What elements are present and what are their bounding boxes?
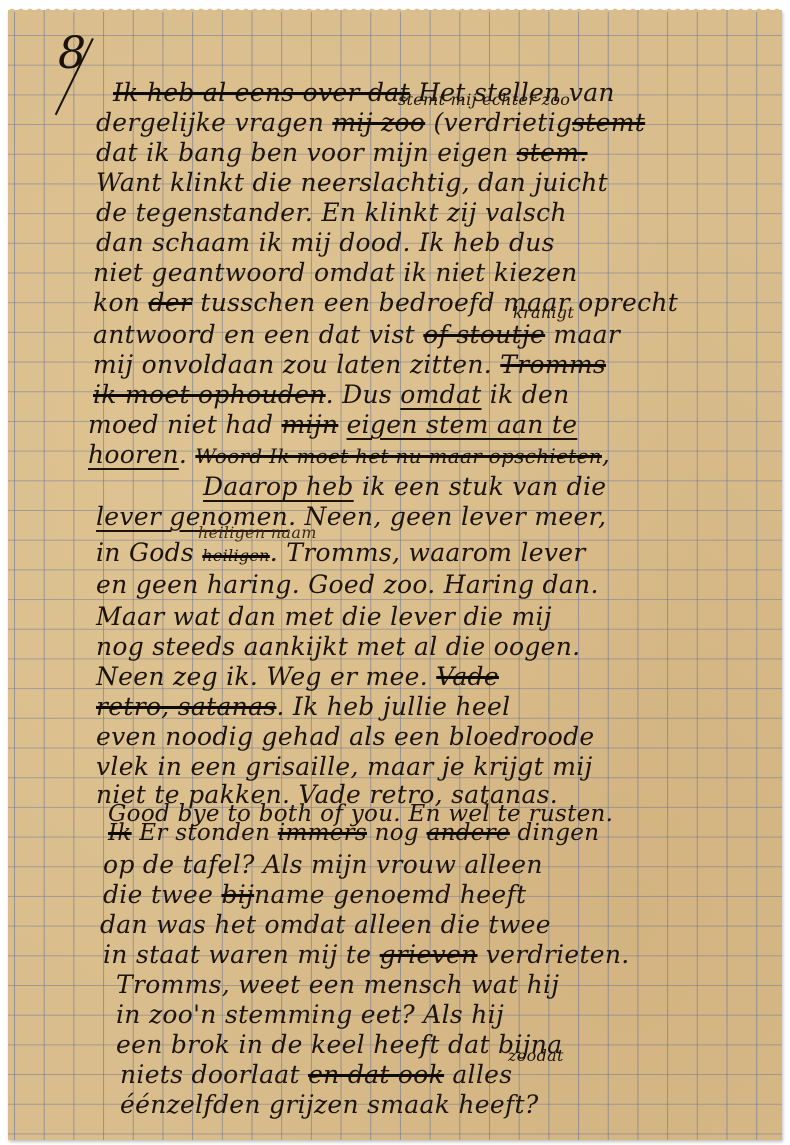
manuscript-line-29: dan was het omdat alleen die twee bbox=[100, 912, 551, 937]
struck-text: retro, satanas bbox=[96, 692, 276, 721]
manuscript-line-20: Neen zeg ik. Weg er mee. Vade bbox=[96, 664, 499, 689]
line-text: moed niet had bbox=[88, 410, 273, 439]
line-text: eigen stem aan te bbox=[347, 410, 578, 439]
line-text: . Ik heb jullie heel bbox=[276, 692, 510, 721]
line-text: dergelijke vragen bbox=[96, 108, 324, 137]
struck-text: en dat ook bbox=[308, 1060, 444, 1089]
line-text: Neen zeg ik. Weg er mee. bbox=[96, 662, 428, 691]
line-text: . Tromms, waarom lever bbox=[270, 538, 586, 567]
struck-text: heiligen bbox=[202, 546, 270, 565]
insertion-line-1: stemt mij echter zoo bbox=[398, 92, 570, 108]
struck-text: der bbox=[148, 288, 192, 317]
line-text: niet geantwoord omdat ik niet kiezen bbox=[93, 258, 578, 287]
line-text: Tromms, weet een mensch wat hij bbox=[116, 970, 559, 999]
struck-text: ik moet ophouden bbox=[93, 380, 326, 409]
manuscript-line-11: ik moet ophouden. Dus omdat ik den bbox=[93, 382, 570, 407]
line-text: mij onvoldaan zou laten zitten. bbox=[93, 350, 492, 379]
line-text: antwoord en een dat vist bbox=[93, 320, 415, 349]
struck-text: Vade bbox=[436, 662, 499, 691]
insertion-line-34: zoodat bbox=[508, 1048, 564, 1064]
manuscript-line-9: antwoord en een dat vist of stoutje maar bbox=[93, 322, 620, 347]
struck-text: bij bbox=[221, 880, 254, 909]
line-text: een brok in de keel heeft dat bijna bbox=[116, 1030, 562, 1059]
struck-text: Woord Ik moet het nu maar opschieten bbox=[195, 444, 602, 468]
manuscript-line-34: niets doorlaat en dat ook alles bbox=[120, 1062, 512, 1087]
line-text: . Dus bbox=[326, 380, 392, 409]
underlined-text: Daarop heb bbox=[203, 472, 354, 501]
struck-text: mij zoo bbox=[332, 108, 425, 137]
line-text: . Neen, geen lever meer, bbox=[288, 502, 606, 531]
struck-text: Tromms bbox=[500, 350, 606, 379]
line-text: in Gods bbox=[96, 538, 194, 567]
manuscript-line-30: in staat waren mij te grieven verdrieten… bbox=[103, 942, 630, 967]
line-text: vlek in een grisaille, maar je krijgt mi… bbox=[96, 752, 593, 781]
manuscript-line-13: hooren. Woord Ik moet het nu maar opschi… bbox=[88, 442, 610, 467]
manuscript-line-8: kon der tusschen een bedroefd maar oprec… bbox=[93, 290, 678, 315]
line-text: tusschen een bedroefd maar oprecht bbox=[200, 288, 678, 317]
manuscript-line-27: op de tafel? Als mijn vrouw alleen bbox=[103, 852, 543, 877]
struck-text: mijn bbox=[282, 410, 339, 439]
manuscript-line-14: Daarop heb ik een stuk van die bbox=[203, 474, 606, 499]
manuscript-line-18: Maar wat dan met die lever die mij bbox=[96, 604, 552, 629]
line-text: die twee bbox=[103, 880, 213, 909]
manuscript-line-31: Tromms, weet een mensch wat hij bbox=[116, 972, 559, 997]
manuscript-line-32: in zoo'n stemming eet? Als hij bbox=[116, 1002, 504, 1027]
line-text: ik een stuk van die bbox=[362, 472, 606, 501]
line-text: dan schaam ik mij dood. Ik heb dus bbox=[96, 228, 555, 257]
manuscript-line-10: mij onvoldaan zou laten zitten. Tromms bbox=[93, 352, 606, 377]
struck-text: immers bbox=[278, 820, 367, 846]
line-text: in zoo'n stemming eet? Als hij bbox=[116, 1000, 504, 1029]
inserted-text: stemt mij echter zoo bbox=[398, 90, 570, 109]
manuscript-line-19: nog steeds aankijkt met al die oogen. bbox=[96, 634, 580, 659]
line-text: , bbox=[602, 440, 610, 469]
line-text: niets doorlaat bbox=[120, 1060, 300, 1089]
line-text: de tegenstander. En klinkt zij valsch bbox=[96, 198, 567, 227]
manuscript-line-5: de tegenstander. En klinkt zij valsch bbox=[96, 200, 567, 225]
manuscript-line-12: moed niet had mijn eigen stem aan te bbox=[88, 412, 577, 437]
line-text: dingen bbox=[517, 820, 599, 846]
line-text: . bbox=[179, 440, 187, 469]
line-text: kon bbox=[93, 288, 140, 317]
line-text: ik den bbox=[490, 380, 570, 409]
struck-text: stemt bbox=[572, 108, 645, 137]
line-text: op de tafel? Als mijn vrouw alleen bbox=[103, 850, 543, 879]
inserted-text: zoodat bbox=[508, 1046, 564, 1065]
struck-text: Ik heb al eens over dat bbox=[113, 78, 410, 107]
manuscript-line-4: Want klinkt die neerslachtig, dan juicht bbox=[96, 170, 608, 195]
struck-text: stem. bbox=[517, 138, 588, 167]
line-text: nog steeds aankijkt met al die oogen. bbox=[96, 632, 580, 661]
graph-paper-page: 8 Ik heb al eens over dat Het stellen va… bbox=[8, 10, 782, 1140]
line-text: Want klinkt die neerslachtig, dan juicht bbox=[96, 168, 608, 197]
manuscript-line-22: even noodig gehad als een bloedroode bbox=[96, 724, 594, 749]
struck-text: Ik bbox=[108, 820, 132, 846]
line-text: éénzelfden grijzen smaak heeft? bbox=[120, 1090, 539, 1119]
manuscript-line-15: lever genomen. Neen, geen lever meer, bbox=[96, 504, 606, 529]
line-text: dat ik bang ben voor mijn eigen bbox=[96, 138, 508, 167]
manuscript-line-33: een brok in de keel heeft dat bijna bbox=[116, 1032, 562, 1057]
line-text: dan was het omdat alleen die twee bbox=[100, 910, 551, 939]
manuscript-line-28: die twee bijname genoemd heeft bbox=[103, 882, 526, 907]
insertion-line-8: kranigt bbox=[513, 305, 574, 321]
line-text: en geen haring. Goed zoo. Haring dan. bbox=[96, 570, 599, 599]
manuscript-line-21: retro, satanas. Ik heb jullie heel bbox=[96, 694, 510, 719]
manuscript-line-17: en geen haring. Goed zoo. Haring dan. bbox=[96, 572, 599, 597]
line-text: maar bbox=[553, 320, 620, 349]
manuscript-line-3: dat ik bang ben voor mijn eigen stem. bbox=[96, 140, 588, 165]
manuscript-line-23: vlek in een grisaille, maar je krijgt mi… bbox=[96, 754, 593, 779]
manuscript-line-35: éénzelfden grijzen smaak heeft? bbox=[120, 1092, 539, 1117]
manuscript-line-2: dergelijke vragen mij zoo (verdrietigste… bbox=[96, 110, 645, 135]
line-text: name genoemd heeft bbox=[254, 880, 526, 909]
struck-text: andere bbox=[427, 820, 510, 846]
manuscript-line-6: dan schaam ik mij dood. Ik heb dus bbox=[96, 230, 555, 255]
line-text: verdrieten. bbox=[486, 940, 630, 969]
line-text: even noodig gehad als een bloedroode bbox=[96, 722, 594, 751]
line-text: alles bbox=[452, 1060, 512, 1089]
struck-text: grieven bbox=[380, 940, 478, 969]
line-text: nog bbox=[375, 820, 419, 846]
line-text: Er stonden bbox=[139, 820, 270, 846]
struck-text: of stoutje bbox=[423, 320, 545, 349]
line-text: (verdrietig bbox=[433, 108, 572, 137]
underlined-text: hooren bbox=[88, 440, 179, 469]
line-text: Maar wat dan met die lever die mij bbox=[96, 602, 552, 631]
underlined-text: omdat bbox=[400, 380, 481, 409]
manuscript-line-7: niet geantwoord omdat ik niet kiezen bbox=[93, 260, 578, 285]
manuscript-line-26: Ik Er stonden immers nog andere dingen bbox=[108, 822, 599, 845]
manuscript-line-16: in Gods heiligen. Tromms, waarom lever bbox=[96, 540, 586, 565]
line-text: in staat waren mij te bbox=[103, 940, 371, 969]
page-number: 8 bbox=[58, 32, 86, 76]
